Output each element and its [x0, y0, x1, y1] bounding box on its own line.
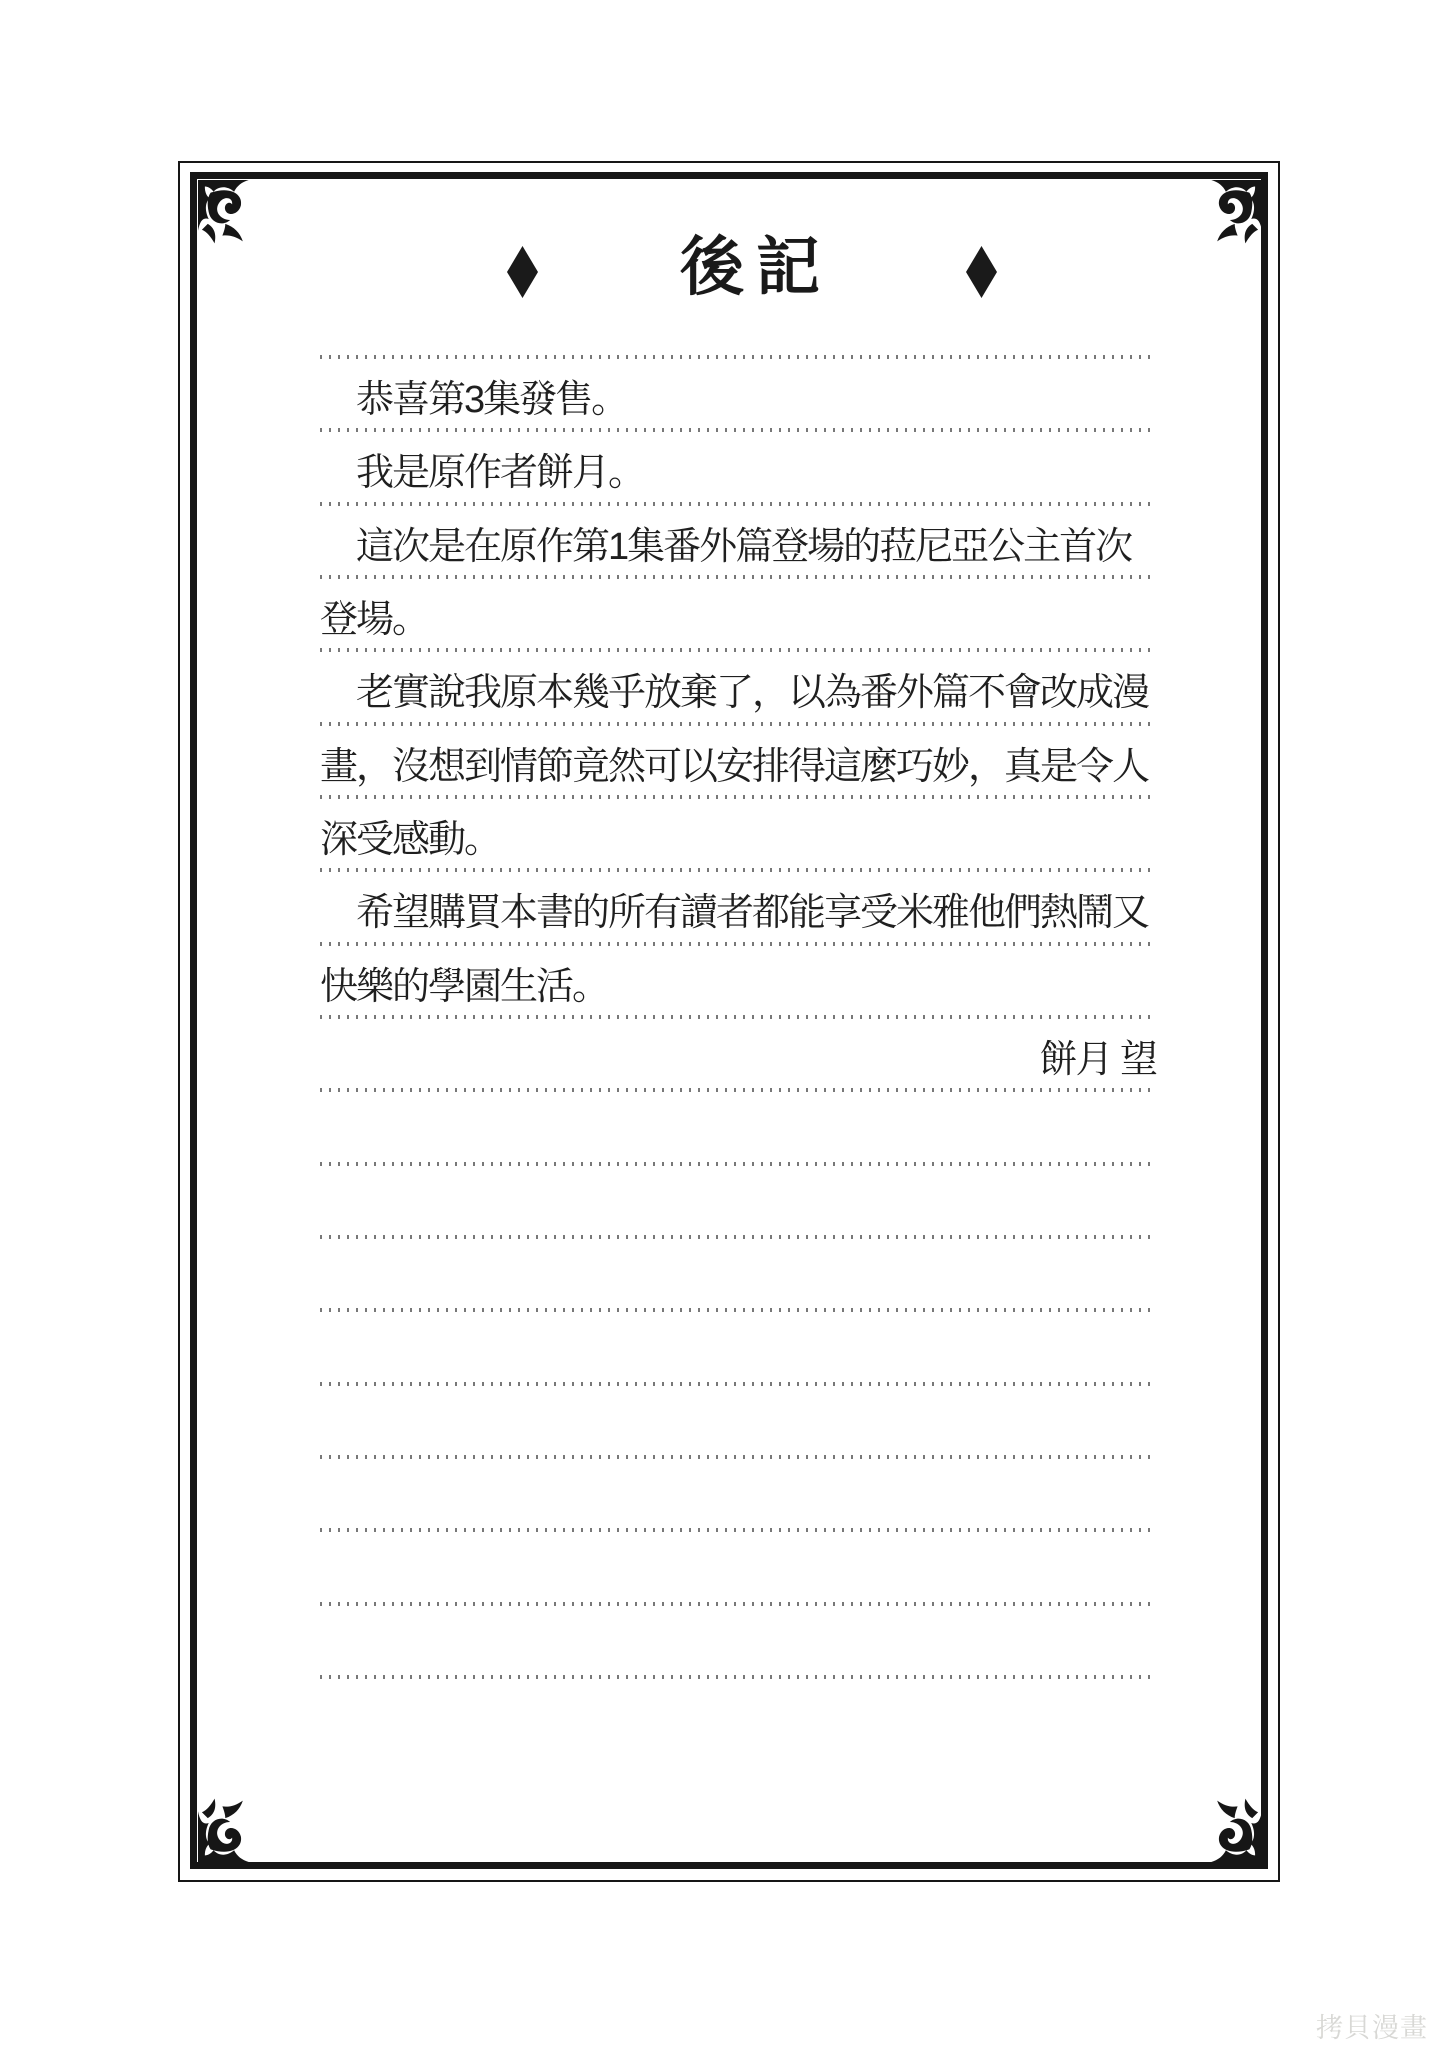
dotted-line	[320, 1088, 1156, 1092]
dotted-line	[320, 648, 1156, 652]
dotted-line	[320, 942, 1156, 946]
dotted-line	[320, 428, 1156, 432]
text-line: 我是原作者餅月。	[320, 451, 1156, 499]
dotted-line	[320, 1455, 1156, 1459]
dotted-line	[320, 1528, 1156, 1532]
dotted-line	[320, 1162, 1156, 1166]
dotted-line	[320, 795, 1156, 799]
text-line: 希望購買本書的所有讀者都能享受米雅他們熱鬧又	[320, 891, 1156, 939]
text-line: 快樂的學園生活。	[320, 965, 1156, 1013]
corner-flourish-icon	[1184, 1784, 1262, 1862]
text-line: 老實說我原本幾乎放棄了，以為番外篇不會改成漫	[320, 671, 1156, 719]
dotted-line	[320, 355, 1156, 359]
text-line: 深受感動。	[320, 818, 1156, 866]
text-line: 恭喜第3集發售。	[320, 378, 1156, 426]
dotted-line	[320, 1675, 1156, 1679]
corner-flourish-icon	[1184, 180, 1262, 258]
inner-border	[190, 172, 1268, 1869]
dotted-line	[320, 722, 1156, 726]
dotted-line	[320, 1308, 1156, 1312]
corner-flourish-icon	[198, 180, 276, 258]
dotted-line	[320, 502, 1156, 506]
text-line: 這次是在原作第1集番外篇登場的菈尼亞公主首次	[320, 525, 1156, 573]
dotted-line	[320, 1602, 1156, 1606]
author-signature: 餅月 望	[320, 1038, 1156, 1086]
afterword-page: 後記 恭喜第3集發售。 我是原作者餅月。 這次是在原作第1集番外篇登場的菈尼亞公…	[0, 0, 1440, 2048]
dotted-line	[320, 1235, 1156, 1239]
corner-flourish-icon	[198, 1784, 276, 1862]
page-title: 後記	[600, 232, 912, 302]
text-line: 登場。	[320, 598, 1156, 646]
site-watermark: 拷貝漫畫	[1316, 2006, 1428, 2045]
dotted-line	[320, 575, 1156, 579]
dotted-line	[320, 1015, 1156, 1019]
dotted-line	[320, 1382, 1156, 1386]
text-line: 畫，沒想到情節竟然可以安排得這麼巧妙，真是令人	[320, 745, 1156, 793]
dotted-line	[320, 868, 1156, 872]
